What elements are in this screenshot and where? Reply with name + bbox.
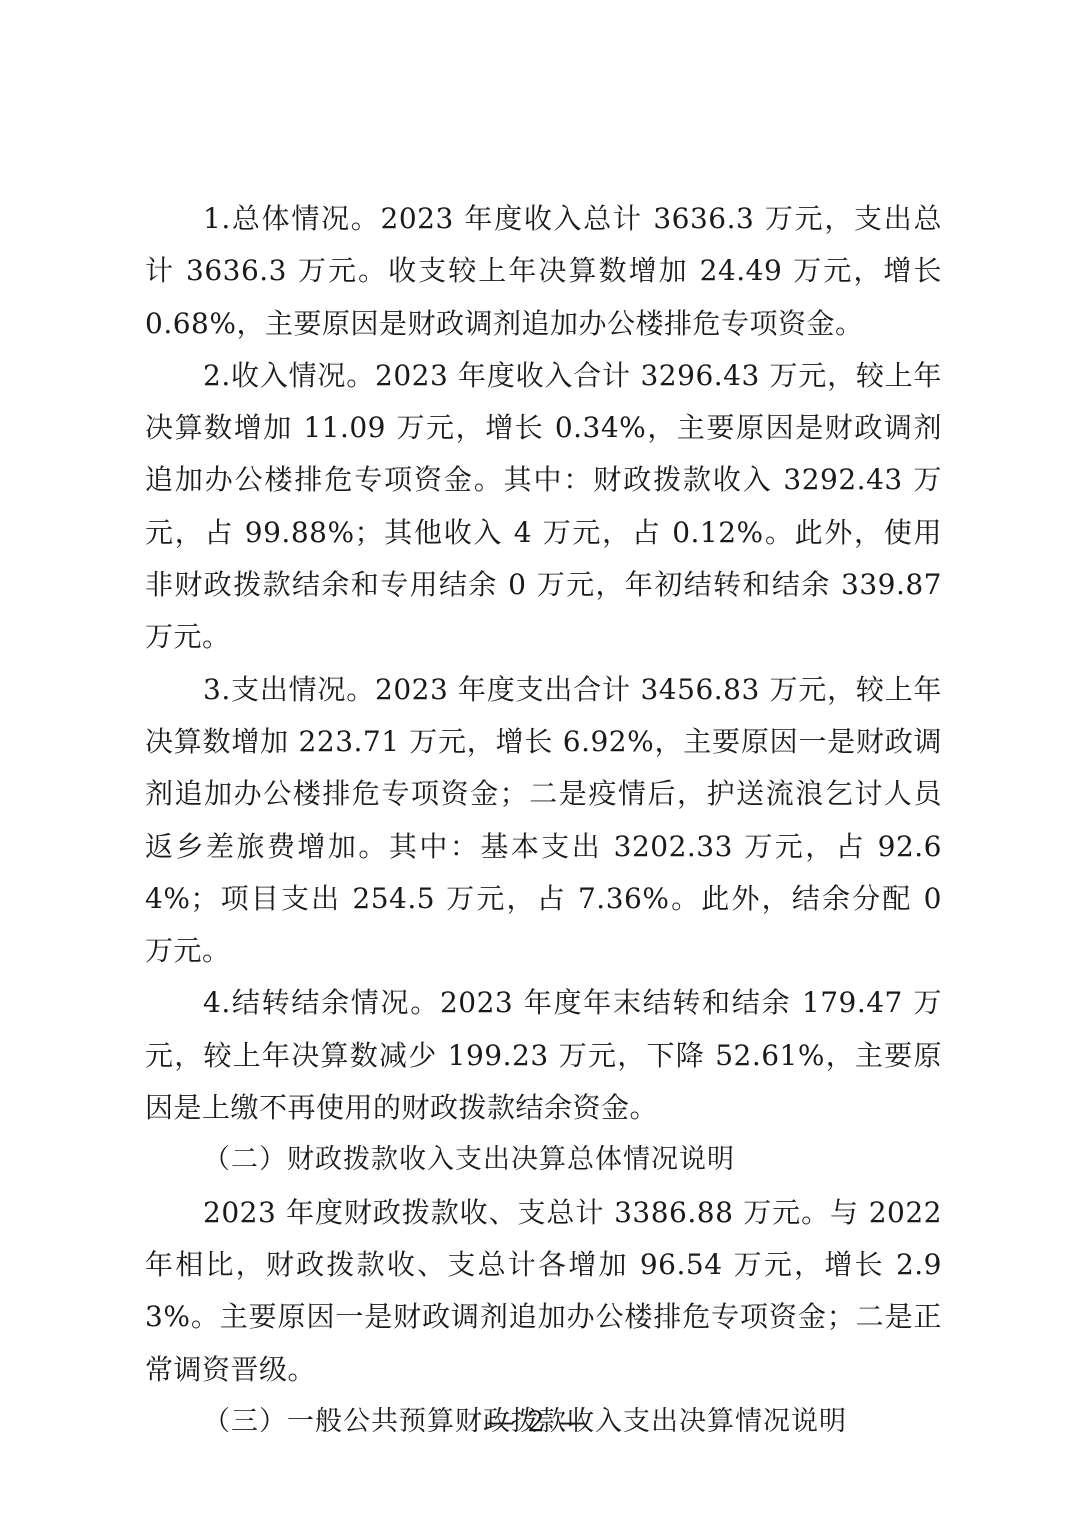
paragraph-income-situation: 2.收入情况。2023 年度收入合计 3296.43 万元，较上年决算数增加 1… xyxy=(145,350,942,664)
page-number: — 2 — xyxy=(0,1404,1074,1440)
paragraph-expenditure-situation: 3.支出情况。2023 年度支出合计 3456.83 万元，较上年决算数增加 2… xyxy=(145,664,942,978)
paragraph-overall-situation: 1.总体情况。2023 年度收入总计 3636.3 万元，支出总计 3636.3… xyxy=(145,193,942,350)
paragraph-fiscal-appropriation-total: 2023 年度财政拨款收、支总计 3386.88 万元。与 2022 年相比，财… xyxy=(145,1187,942,1396)
paragraph-carryover-balance: 4.结转结余情况。2023 年度年末结转和结余 179.47 万元，较上年决算数… xyxy=(145,977,942,1134)
document-page-body: 1.总体情况。2023 年度收入总计 3636.3 万元，支出总计 3636.3… xyxy=(145,193,942,1448)
section-heading-fiscal-appropriation-overall: （二）财政拨款收入支出决算总体情况说明 xyxy=(145,1134,942,1186)
